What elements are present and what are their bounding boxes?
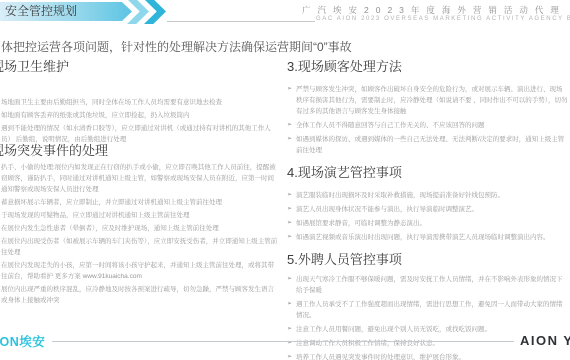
arrow-bullet-icon: ➢: [287, 274, 292, 285]
arrow-bullet-icon: ➢: [287, 218, 292, 229]
list-item: 在展位内出现受伤者（如被展示车辆的车门夹伤等），应立即安抚受伤者，并立即通知上级…: [1, 236, 280, 258]
arrow-bullet-icon: ➢: [287, 299, 292, 310]
list-item-text: 演艺人员出现身体状况不能参与演出，执行导演临时调整演艺。: [296, 206, 478, 213]
section-customer-handling: 3.现场顾客处理方法 ➢严禁与顾客发生冲突，如顾客作出破坏自身安全的危险行为，或…: [287, 56, 568, 159]
section-site-hygiene: 现场卫生维护 场地面卫生主要由后勤组担当，同时全体在场工作人员均需要有意识地去检…: [1, 56, 280, 147]
list-item: ➢出现天气寒冷工作服不够保暖问题，需及时安抚工作人员情绪，并在不影响外表形象的情…: [287, 274, 568, 296]
list-item: 如地面有顾客丢弃的纸张或其他垃圾，应立即捡起，扔入垃圾筒内: [1, 110, 280, 121]
list-item-text: 如遇到媒体的探访、或遇到媒体的一些自己无法处理、无法判断/决定的要求时，通知上级…: [296, 136, 564, 154]
slide: 安全管控规划 广汽埃安2023年度海外营销活动代理 GAC AION 2023 …: [0, 0, 570, 360]
arrow-bullet-icon: ➢: [287, 338, 292, 349]
list-item: ➢遇工作人员承受不了工作强度超而出现情绪，需进行思想工作，避免因一人而带动大家的…: [287, 299, 568, 321]
list-item-text: 培养工作人员遇见突发事件时的处理意识，维护展台形象。: [296, 354, 465, 360]
list-item-text: 如遇演艺视频或音乐演出时出现问题，执行导演需携带演艺人员现场临时调整演出内容。: [296, 234, 550, 241]
section-emergency-handling: 现场突发事件的处理 扒手、小偷的处理:展位内如发现正在行窃的扒手或小偷，应立即召…: [1, 140, 280, 308]
section-title: 5.外聘人员管控事项: [287, 249, 568, 268]
list-item: ➢演艺人员出现身体状况不能参与演出，执行导演临时调整演艺。: [287, 204, 568, 215]
arrow-bullet-icon: ➢: [287, 232, 292, 243]
list-item: 场地面卫生主要由后勤组担当，同时全体在场工作人员均需要有意识地去检查: [1, 97, 280, 108]
list-item: 蓄意损坏展示车辆者，应立即制止，并立即通过对讲机通知上级主管前往处理: [1, 197, 280, 208]
list-item-text: 出现天气寒冷工作服不够保暖问题，需及时安抚工作人员情绪，并在不影响外表形象的情况…: [296, 276, 563, 294]
list-item: ➢如遇展馆要求静音，可临时调整为静态演出。: [287, 218, 568, 229]
slide-subtitle: 体把控运营各项问题，针对性的处理解决方法确保运营期间“0”事故: [1, 38, 352, 55]
arrow-bullet-icon: ➢: [287, 134, 292, 145]
section-title: 现场突发事件的处理: [0, 140, 280, 159]
arrow-bullet-icon: ➢: [287, 204, 292, 215]
aion-logo-left-text: AION埃安: [0, 332, 48, 350]
list-item-text: 严禁与顾客发生冲突，如顾客作出破坏自身安全的危险行为，或对展示车辆、演出进行、现…: [296, 86, 568, 115]
section-title: 3.现场顾客处理方法: [287, 56, 568, 75]
list-item: ➢严禁与顾客发生冲突，如顾客作出破坏自身安全的危险行为，或对展示车辆、演出进行、…: [287, 84, 568, 117]
list-item-text: 注意工作人员用餐问题，避免出现个别人员无饭吃，或找吃饭问题。: [296, 326, 491, 333]
aion-y-logo: AION Y: [520, 333, 570, 348]
section-performance-control: 4.现场演艺管控事项 ➢演艺服装临时出现损坏及时采取补救措施，现场提前准备好针线…: [287, 162, 568, 246]
aion-logo-left: AION埃安: [0, 332, 48, 350]
section-title: 4.现场演艺管控事项: [287, 162, 568, 181]
arrow-bullet-icon: ➢: [287, 84, 292, 95]
arrow-bullet-icon: ➢: [287, 352, 292, 360]
arrow-bullet-icon: ➢: [287, 120, 292, 131]
list-item-text: 如遇展馆要求静音，可临时调整为静态演出。: [296, 220, 426, 227]
list-item-text: 演艺服装临时出现损坏及时采取补救措施，现场提前准备好针线包预防。: [296, 192, 504, 199]
list-item: 在展位内发现走失的小孩，应第一时间将该小孩守护起来，并通知上级主管前往处理，或将…: [1, 260, 280, 282]
list-item: ➢如遇到媒体的探访、或遇到媒体的一些自己无法处理、无法判断/决定的要求时，通知上…: [287, 134, 568, 156]
brand-title-en: GAC AION 2023 Overseas Marketing Activit…: [316, 16, 570, 22]
list-item: 展位内出现严重的秩序混乱，应冷静地及时按各预案进行疏导，切勿急躁，严禁与顾客发生…: [1, 284, 280, 306]
list-item: 在展位内发生急性患者（晕倒者），应及时维护现场，通知上级主管前往处理: [1, 223, 280, 234]
list-item: ➢培养工作人员遇见突发事件时的处理意识，维护展台形象。: [287, 352, 568, 360]
list-item: ➢如遇演艺视频或音乐演出时出现问题，执行导演需携带演艺人员现场临时调整演出内容。: [287, 232, 568, 243]
list-item: ➢全体工作人员不得随意回答与自己工作无关的、不应该回答的问题: [287, 120, 568, 131]
list-item: 扒手、小偷的处理:展位内如发现正在行窃的扒手或小偷，应立即召唤其他工作人员前往，…: [1, 162, 280, 195]
section-title: 现场卫生维护: [0, 56, 280, 75]
list-item: 于现场发现的可疑物品，应立即通过对讲机通知上级主管前往处理: [1, 210, 280, 221]
header-divider: [167, 21, 315, 22]
brand-title-cn: 广汽埃安2023年度海外营销活动代理: [302, 4, 566, 16]
section-tab-label: 安全管控规划: [0, 2, 132, 21]
section-tab: 安全管控规划: [0, 2, 132, 21]
list-item: ➢演艺服装临时出现损坏及时采取补救措施，现场提前准备好针线包预防。: [287, 190, 568, 201]
footer-divider: [52, 341, 514, 342]
arrow-bullet-icon: ➢: [287, 324, 292, 335]
list-item-text: 遇工作人员承受不了工作强度超而出现情绪，需进行思想工作，避免因一人而带动大家的情…: [296, 301, 563, 319]
list-item-text: 全体工作人员不得随意回答与自己工作无关的、不应该回答的问题: [296, 122, 485, 129]
arrow-bullet-icon: ➢: [287, 190, 292, 201]
